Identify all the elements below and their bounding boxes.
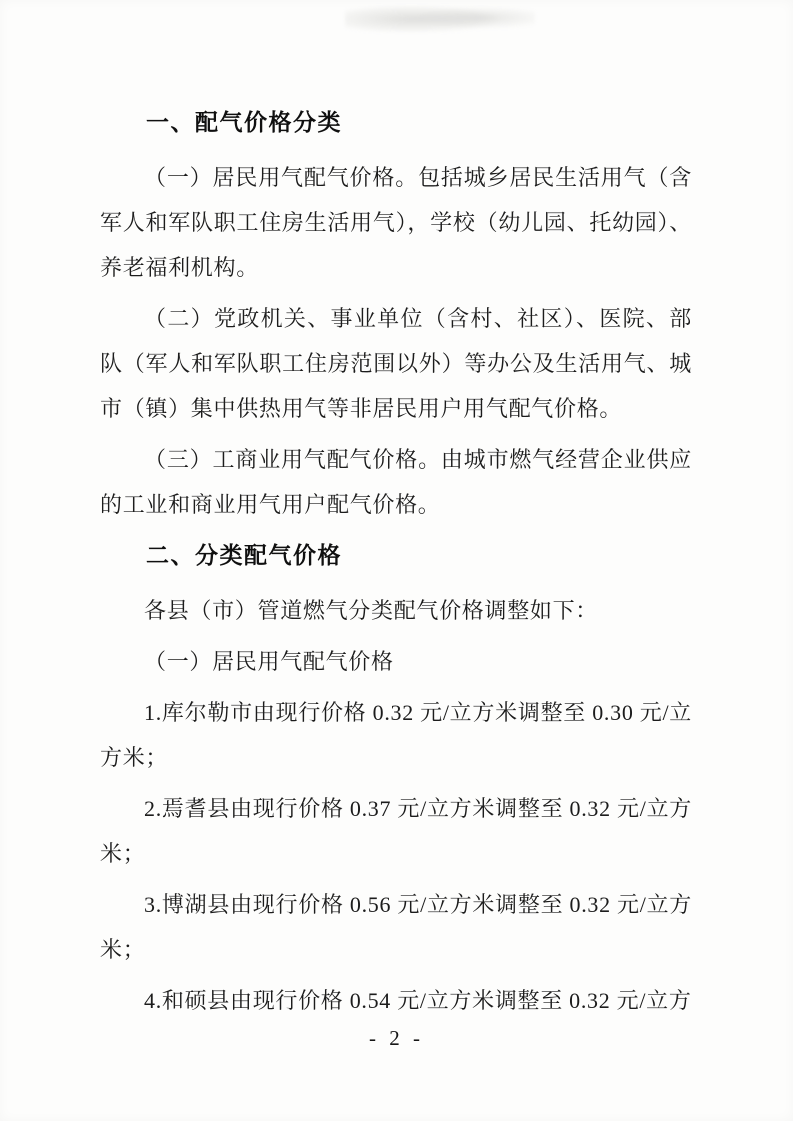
section-1-paragraph-commercial: （三）工商业用气配气价格。由城市燃气经营企业供应的工业和商业用气用户配气价格。 (100, 437, 692, 527)
price-item-korla: 1.库尔勒市由现行价格 0.32 元/立方米调整至 0.30 元/立方米； (100, 690, 692, 780)
section-2-intro: 各县（市）管道燃气分类配气价格调整如下： (100, 588, 692, 633)
price-item-yanqi: 2.焉耆县由现行价格 0.37 元/立方米调整至 0.32 元/立方米； (100, 786, 692, 876)
section-1-paragraph-nonresidential: （二）党政机关、事业单位（含村、社区）、医院、部队（军人和军队职工住房范围以外）… (100, 296, 692, 431)
page-number: - 2 - (0, 1026, 793, 1051)
section-2-heading: 二、分类配气价格 (100, 533, 692, 578)
price-item-hoxud: 4.和硕县由现行价格 0.54 元/立方米调整至 0.32 元/立方 (100, 978, 692, 1023)
section-2-subheading-residential: （一）居民用气配气价格 (100, 639, 692, 684)
price-item-bohu: 3.博湖县由现行价格 0.56 元/立方米调整至 0.32 元/立方米； (100, 882, 692, 972)
document-page: 一、配气价格分类 （一）居民用气配气价格。包括城乡居民生活用气（含军人和军队职工… (0, 0, 793, 1121)
section-1-heading: 一、配气价格分类 (100, 100, 692, 145)
scan-artifact (345, 6, 535, 32)
section-1-paragraph-residential: （一）居民用气配气价格。包括城乡居民生活用气（含军人和军队职工住房生活用气），学… (100, 155, 692, 290)
document-body: 一、配气价格分类 （一）居民用气配气价格。包括城乡居民生活用气（含军人和军队职工… (100, 100, 692, 1029)
